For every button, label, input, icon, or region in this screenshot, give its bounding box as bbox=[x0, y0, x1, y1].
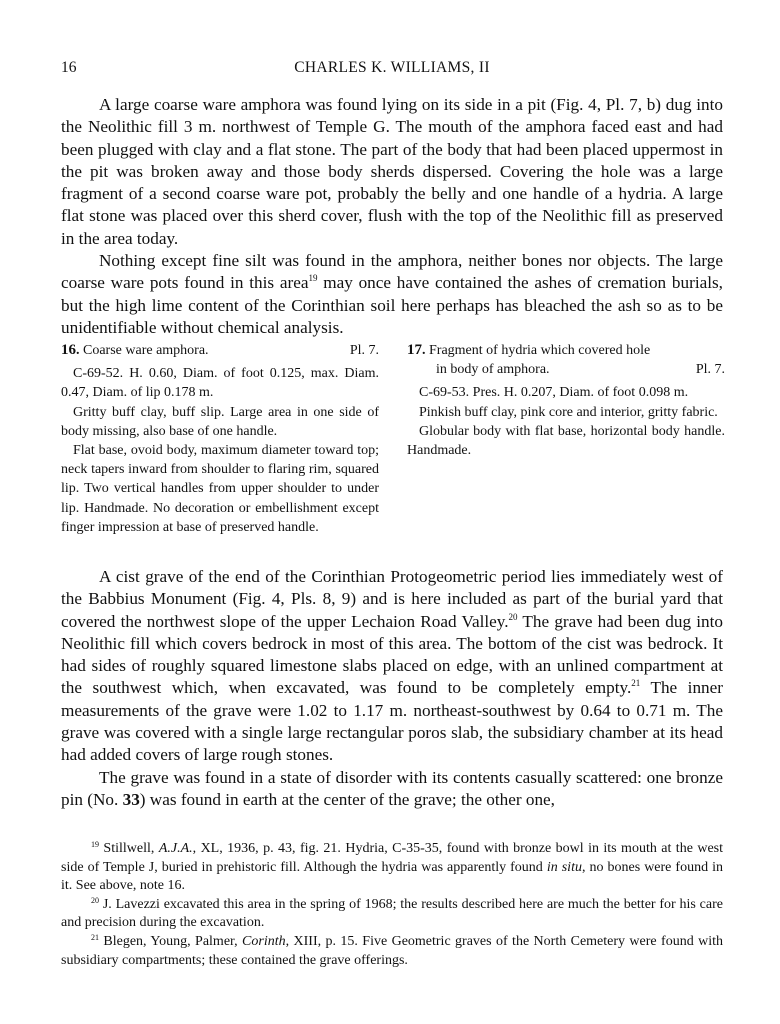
running-title: CHARLES K. WILLIAMS, II bbox=[61, 59, 723, 77]
catalogue-entry-17: 17. Fragment of hydria which covered hol… bbox=[407, 341, 725, 460]
footnote-number: 21 bbox=[91, 933, 99, 942]
italic-term: in situ bbox=[547, 860, 582, 875]
catalogue-inventory: C-69-53. Pres. H. 0.207, Diam. of foot 0… bbox=[407, 383, 725, 402]
book-title: Corinth bbox=[242, 934, 286, 949]
body-text-bottom: A cist grave of the end of the Corinthia… bbox=[61, 566, 723, 811]
plate-ref: Pl. 7. bbox=[696, 360, 725, 379]
body-text-top: A large coarse ware amphora was found ly… bbox=[61, 94, 723, 339]
catalogue-title-line1: Fragment of hydria which covered hole bbox=[429, 343, 650, 358]
catalogue-fabric: Pinkish buff clay, pink core and interio… bbox=[407, 403, 725, 422]
journal-title: A.J.A. bbox=[159, 841, 193, 856]
catalogue-description: Globular body with flat base, horizontal… bbox=[407, 422, 725, 460]
catalogue-ref[interactable]: 33 bbox=[123, 790, 140, 809]
footnote-number: 19 bbox=[91, 840, 99, 849]
catalogue-heading: 16. Coarse ware amphora. Pl. 7. bbox=[61, 341, 379, 360]
footnote-ref[interactable]: 21 bbox=[631, 678, 640, 688]
catalogue-title: Coarse ware amphora. bbox=[83, 343, 209, 358]
paragraph-contents: Nothing except fine silt was found in th… bbox=[61, 250, 723, 339]
catalogue-title-line2: in body of amphora. bbox=[436, 362, 550, 377]
footnote-19: 19 Stillwell, A.J.A., XL, 1936, p. 43, f… bbox=[61, 840, 723, 896]
footnote-text: Blegen, Young, Palmer, bbox=[99, 934, 242, 949]
paragraph-amphora-find: A large coarse ware amphora was found ly… bbox=[61, 94, 723, 250]
plate-ref: Pl. 7. bbox=[350, 341, 379, 360]
running-head: 16 CHARLES K. WILLIAMS, II bbox=[61, 59, 723, 81]
catalogue-heading: 17. Fragment of hydria which covered hol… bbox=[407, 341, 725, 379]
catalogue-inventory: C-69-52. H. 0.60, Diam. of foot 0.125, m… bbox=[61, 364, 379, 402]
footnote-text: J. Lavezzi excavated this area in the sp… bbox=[61, 897, 723, 931]
catalogue-number: 16 bbox=[61, 342, 76, 358]
paragraph-grave-contents: The grave was found in a state of disord… bbox=[61, 767, 723, 812]
paragraph-text: ) was found in earth at the center of th… bbox=[140, 790, 555, 809]
footnote-20: 20 J. Lavezzi excavated this area in the… bbox=[61, 896, 723, 933]
footnote-ref[interactable]: 20 bbox=[509, 612, 518, 622]
footnote-text: Stillwell, bbox=[99, 841, 159, 856]
footnotes: 19 Stillwell, A.J.A., XL, 1936, p. 43, f… bbox=[61, 840, 723, 970]
paragraph-cist-grave: A cist grave of the end of the Corinthia… bbox=[61, 566, 723, 767]
catalogue-number: 17 bbox=[407, 342, 422, 358]
paragraph-text: A large coarse ware amphora was found ly… bbox=[61, 95, 723, 248]
catalogue-fabric: Gritty buff clay, buff slip. Large area … bbox=[61, 403, 379, 441]
footnote-number: 20 bbox=[91, 896, 99, 905]
footnote-21: 21 Blegen, Young, Palmer, Corinth, XIII,… bbox=[61, 933, 723, 970]
catalogue-description: Flat base, ovoid body, maximum diameter … bbox=[61, 441, 379, 537]
catalogue-entry-16: 16. Coarse ware amphora. Pl. 7. C-69-52.… bbox=[61, 341, 379, 537]
